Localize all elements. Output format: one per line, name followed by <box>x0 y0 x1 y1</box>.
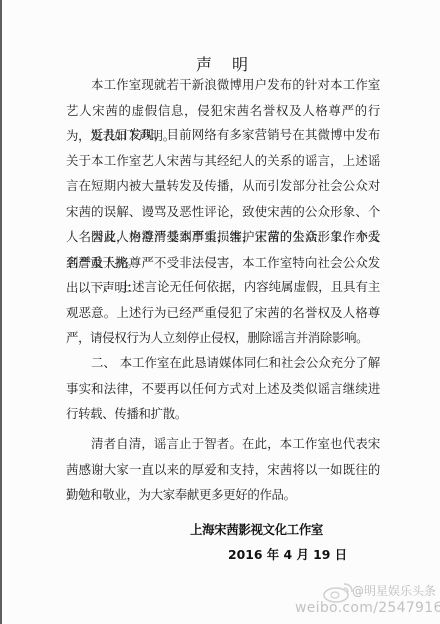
paragraph-point-one: 一、 上述言论无任何依据，内容纯属虚假，且具有主观恶意。上述行为已经严重侵犯了宋… <box>66 274 380 351</box>
signature: 上海宋茜影视文化工作室 <box>190 520 323 538</box>
paragraph-closing: 清者自清，谣言止于智者。在此，本工作室也代表宋茜感谢大家一直以来的厚爱和支持，宋… <box>66 431 380 508</box>
watermark-handle: @明星娱乐头条 <box>352 582 436 599</box>
statement-date: 2016 年 4 月 19 日 <box>228 545 347 563</box>
watermark-url: weibo.com/2547916923 <box>295 600 440 616</box>
paragraph-point-two: 二、 本工作室在此恳请媒体同仁和社会公众充分了解事实和法律，不要再以任何方式对上… <box>66 350 380 427</box>
image-border <box>0 0 2 624</box>
